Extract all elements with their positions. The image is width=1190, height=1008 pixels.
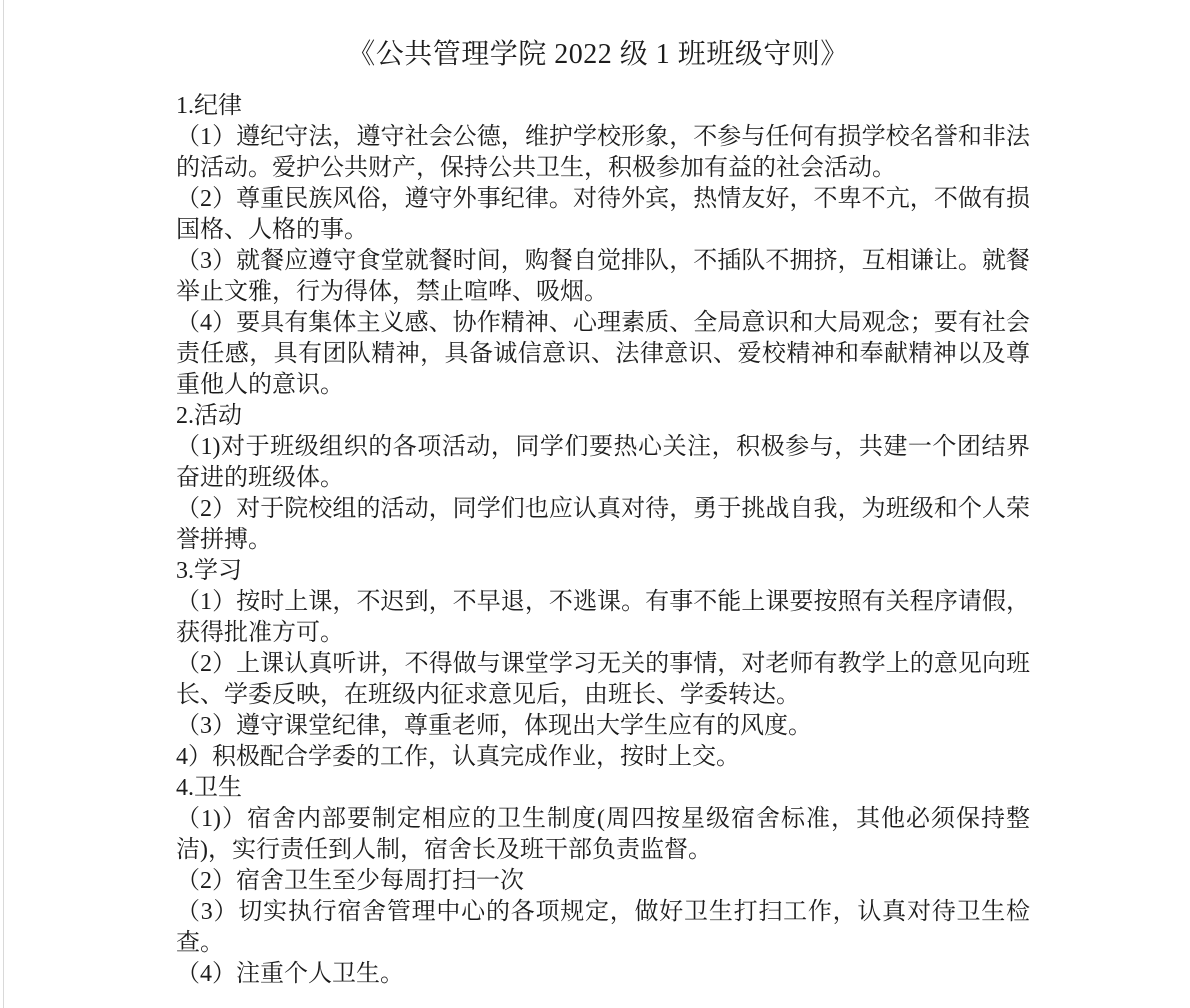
document-body: 1.纪律（1）遵纪守法，遵守社会公德，维护学校形象，不参与任何有损学校名誉和非法… xyxy=(176,91,1030,990)
rule-item: （2）对于院校组的活动，同学们也应认真对待，勇于挑战自我，为班级和个人荣誉拼搏。 xyxy=(176,494,1030,556)
rule-item: （3）遵守课堂纪律，尊重老师，体现出大学生应有的风度。 xyxy=(176,711,1030,742)
section: 2.活动（1)对于班级组织的各项活动，同学们要热心关注，积极参与，共建一个团结界… xyxy=(176,401,1030,556)
rule-item: （4）注重个人卫生。 xyxy=(176,959,1030,990)
document-viewer: { "document": { "title": "《公共管理学院 2022 级… xyxy=(0,0,1190,1008)
section: 4.卫生（1)）宿舍内部要制定相应的卫生制度(周四按星级宿舍标准，其他必须保持整… xyxy=(176,773,1030,990)
section: 1.纪律（1）遵纪守法，遵守社会公德，维护学校形象，不参与任何有损学校名誉和非法… xyxy=(176,91,1030,401)
rule-item: （2）尊重民族风俗，遵守外事纪律。对待外宾，热情友好，不卑不亢，不做有损国格、人… xyxy=(176,184,1030,246)
rule-item: （3）就餐应遵守食堂就餐时间，购餐自觉排队，不插队不拥挤，互相谦让。就餐举止文雅… xyxy=(176,246,1030,308)
section: 3.学习（1）按时上课，不迟到，不早退，不逃课。有事不能上课要按照有关程序请假，… xyxy=(176,556,1030,773)
section-heading: 2.活动 xyxy=(176,401,1030,432)
rule-item: 4）积极配合学委的工作，认真完成作业，按时上交。 xyxy=(176,742,1030,773)
rule-item: （1)）宿舍内部要制定相应的卫生制度(周四按星级宿舍标准，其他必须保持整洁)，实… xyxy=(176,804,1030,866)
rule-item: （2）宿舍卫生至少每周打扫一次 xyxy=(176,866,1030,897)
rule-item: （1）按时上课，不迟到，不早退，不逃课。有事不能上课要按照有关程序请假，获得批准… xyxy=(176,587,1030,649)
document-title: 《公共管理学院 2022 级 1 班班级守则》 xyxy=(176,38,1020,72)
rule-item: （1）遵纪守法，遵守社会公德，维护学校形象，不参与任何有损学校名誉和非法的活动。… xyxy=(176,122,1030,184)
section-heading: 4.卫生 xyxy=(176,773,1030,804)
rule-item: （4）要具有集体主义感、协作精神、心理素质、全局意识和大局观念；要有社会责任感，… xyxy=(176,308,1030,401)
section-heading: 3.学习 xyxy=(176,556,1030,587)
rule-item: （1)对于班级组织的各项活动，同学们要热心关注，积极参与，共建一个团结界奋进的班… xyxy=(176,432,1030,494)
document-page: 《公共管理学院 2022 级 1 班班级守则》 1.纪律（1）遵纪守法，遵守社会… xyxy=(176,38,1030,990)
rule-item: （2）上课认真听讲，不得做与课堂学习无关的事情，对老师有教学上的意见向班长、学委… xyxy=(176,649,1030,711)
section-heading: 1.纪律 xyxy=(176,91,1030,122)
page-edge-line xyxy=(3,0,4,1008)
rule-item: （3）切实执行宿舍管理中心的各项规定，做好卫生打扫工作，认真对待卫生检查。 xyxy=(176,897,1030,959)
